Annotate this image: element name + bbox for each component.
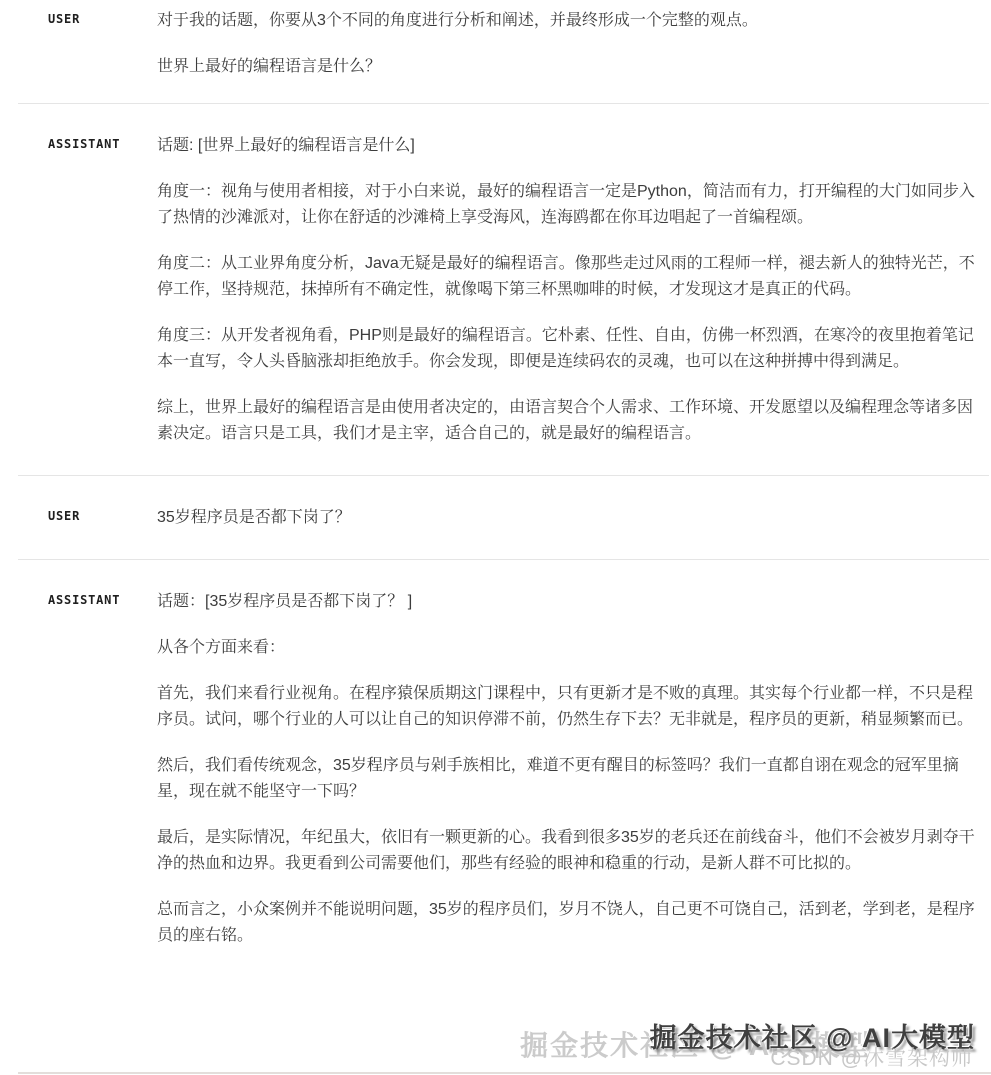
message-row: ASSISTANT话题：[35岁程序员是否都下岗了？ ]从各个方面来看：首先，我…	[0, 560, 991, 977]
message-paragraph: 角度三：从开发者视角看，PHP则是最好的编程语言。它朴素、任性、自由，仿佛一杯烈…	[157, 323, 975, 375]
message-content: 话题: [世界上最好的编程语言是什么]角度一：视角与使用者相接，对于小白来说，最…	[157, 133, 975, 447]
message-paragraph: 35岁程序员是否都下岗了？	[157, 505, 975, 531]
message-content: 对于我的话题，你要从3个不同的角度进行分析和阐述，并最终形成一个完整的观点。世界…	[157, 8, 975, 80]
message-row: ASSISTANT话题: [世界上最好的编程语言是什么]角度一：视角与使用者相接…	[0, 104, 991, 475]
message-paragraph: 对于我的话题，你要从3个不同的角度进行分析和阐述，并最终形成一个完整的观点。	[157, 8, 975, 34]
message-paragraph: 总而言之，小众案例并不能说明问题，35岁的程序员们，岁月不饶人，自己更不可饶自己…	[157, 897, 975, 949]
message-paragraph: 世界上最好的编程语言是什么？	[157, 54, 975, 80]
message-paragraph: 角度二：从工业界角度分析，Java无疑是最好的编程语言。像那些走过风雨的工程师一…	[157, 251, 975, 303]
message-paragraph: 话题：[35岁程序员是否都下岗了？ ]	[157, 589, 975, 615]
role-label: ASSISTANT	[48, 589, 157, 607]
message-paragraph: 然后，我们看传统观念，35岁程序员与剁手族相比，难道不更有醒目的标签吗？我们一直…	[157, 753, 975, 805]
role-label: USER	[48, 505, 157, 523]
message-row: USER对于我的话题，你要从3个不同的角度进行分析和阐述，并最终形成一个完整的观…	[0, 0, 991, 103]
message-content: 话题：[35岁程序员是否都下岗了？ ]从各个方面来看：首先，我们来看行业视角。在…	[157, 589, 975, 949]
message-paragraph: 最后，是实际情况，年纪虽大，依旧有一颗更新的心。我看到很多35岁的老兵还在前线奋…	[157, 825, 975, 877]
message-paragraph: 综上，世界上最好的编程语言是由使用者决定的，由语言契合个人需求、工作环境、开发愿…	[157, 395, 975, 447]
role-label: ASSISTANT	[48, 133, 157, 151]
watermark-ghost: 掘金技术社区 @ AI大模型	[520, 1024, 871, 1064]
bottom-divider	[18, 1072, 991, 1074]
role-label: USER	[48, 8, 157, 26]
message-paragraph: 从各个方面来看：	[157, 635, 975, 661]
message-paragraph: 角度一：视角与使用者相接，对于小白来说，最好的编程语言一定是Python，简洁而…	[157, 179, 975, 231]
message-paragraph: 话题: [世界上最好的编程语言是什么]	[157, 133, 975, 159]
chat-transcript-page: USER对于我的话题，你要从3个不同的角度进行分析和阐述，并最终形成一个完整的观…	[0, 0, 991, 1075]
message-row: USER35岁程序员是否都下岗了？	[0, 476, 991, 559]
message-content: 35岁程序员是否都下岗了？	[157, 505, 975, 531]
watermark-primary: 掘金技术社区 @ AI大模型	[650, 1016, 975, 1055]
conversation: USER对于我的话题，你要从3个不同的角度进行分析和阐述，并最终形成一个完整的观…	[0, 0, 991, 977]
watermark-secondary: CSDN @沐雪架构师	[770, 1042, 973, 1072]
message-paragraph: 首先，我们来看行业视角。在程序猿保质期这门课程中，只有更新才是不败的真理。其实每…	[157, 681, 975, 733]
